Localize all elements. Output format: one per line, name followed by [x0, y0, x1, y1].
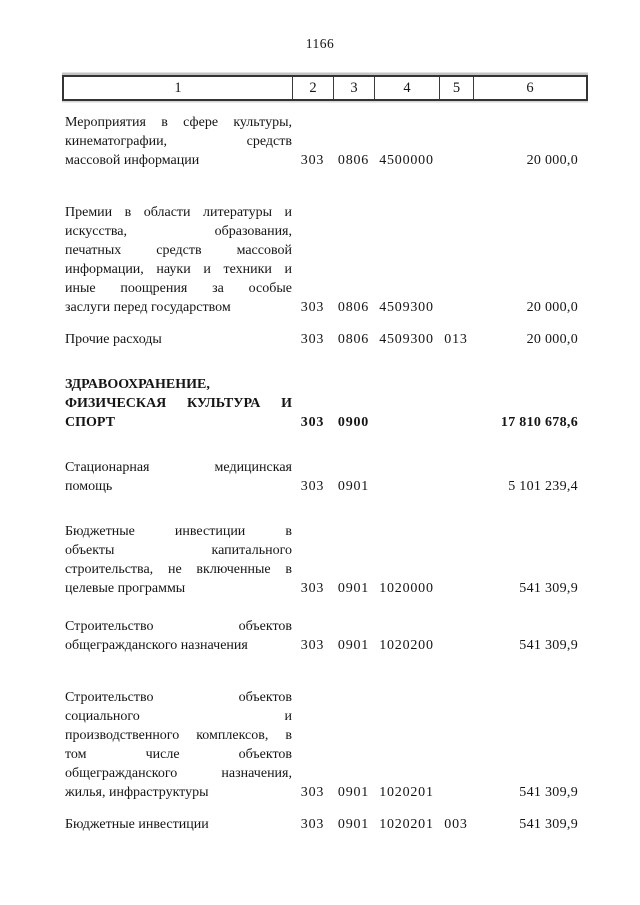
description-line: заслуги перед государством — [65, 298, 292, 317]
amount-cell: 541 309,9 — [473, 783, 588, 802]
description-cell: Премии в области литературы иискусства, … — [62, 203, 292, 317]
description-line: искусства, образования, — [65, 222, 292, 241]
description-line: Стационарная медицинская — [65, 458, 292, 477]
col4-code-cell: 1020201 — [374, 815, 439, 834]
col3-code-cell: 0806 — [333, 298, 374, 317]
col2-code-cell: 303 — [292, 783, 333, 802]
description-line: иные поощрения за особые — [65, 279, 292, 298]
description-line: Строительство объектов — [65, 688, 292, 707]
description-line: Мероприятия в сфере культуры, — [65, 113, 292, 132]
amount-cell: 541 309,9 — [473, 636, 588, 655]
column-header-4: 4 — [374, 77, 439, 99]
column-header-3: 3 — [333, 77, 374, 99]
description-line: помощь — [65, 477, 292, 496]
amount-cell: 17 810 678,6 — [473, 413, 588, 432]
description-line: Прочие расходы — [65, 330, 292, 349]
col3-code-cell: 0901 — [333, 783, 374, 802]
amount-cell: 20 000,0 — [473, 151, 588, 170]
description-cell: Бюджетные инвестиции вобъекты капитально… — [62, 522, 292, 598]
budget-row: Прочие расходы3030806450930001320 000,0 — [62, 330, 588, 349]
col3-code-cell: 0901 — [333, 579, 374, 598]
table-column-header-row: 1 2 3 4 5 6 — [62, 75, 588, 101]
amount-cell: 20 000,0 — [473, 330, 588, 349]
col2-code-cell: 303 — [292, 151, 333, 170]
amount-cell: 541 309,9 — [473, 815, 588, 834]
description-line: Бюджетные инвестиции в — [65, 522, 292, 541]
description-cell: ЗДРАВООХРАНЕНИЕ,ФИЗИЧЕСКАЯ КУЛЬТУРА ИСПО… — [62, 375, 292, 432]
description-cell: Прочие расходы — [62, 330, 292, 349]
description-line: производственного комплексов, в — [65, 726, 292, 745]
description-line: массовой информации — [65, 151, 292, 170]
description-cell: Бюджетные инвестиции — [62, 815, 292, 834]
description-line: кинематографии, средств — [65, 132, 292, 151]
col5-code-cell: 003 — [439, 815, 473, 834]
amount-cell: 5 101 239,4 — [473, 477, 588, 496]
col3-code-cell: 0901 — [333, 815, 374, 834]
budget-row: Строительство объектовсоциального ипроиз… — [62, 688, 588, 802]
description-line: печатных средств массовой — [65, 241, 292, 260]
col2-code-cell: 303 — [292, 330, 333, 349]
col2-code-cell: 303 — [292, 298, 333, 317]
col3-code-cell: 0901 — [333, 636, 374, 655]
description-line: ЗДРАВООХРАНЕНИЕ, — [65, 375, 292, 394]
col3-code-cell: 0806 — [333, 151, 374, 170]
description-line: социального и — [65, 707, 292, 726]
budget-row: Бюджетные инвестиции30309011020201003541… — [62, 815, 588, 834]
description-cell: Стационарная медицинскаяпомощь — [62, 458, 292, 496]
description-line: жилья, инфраструктуры — [65, 783, 292, 802]
col2-code-cell: 303 — [292, 413, 333, 432]
description-line: Строительство объектов — [65, 617, 292, 636]
budget-row: Стационарная медицинскаяпомощь30309015 1… — [62, 458, 588, 496]
column-header-1: 1 — [64, 77, 292, 99]
column-header-2: 2 — [292, 77, 333, 99]
amount-cell: 541 309,9 — [473, 579, 588, 598]
column-header-5: 5 — [439, 77, 473, 99]
col3-code-cell: 0900 — [333, 413, 374, 432]
budget-table-body: Мероприятия в сфере культуры,кинематогра… — [62, 101, 588, 834]
description-line: том числе объектов — [65, 745, 292, 764]
column-header-6: 6 — [473, 77, 586, 99]
amount-cell: 20 000,0 — [473, 298, 588, 317]
col3-code-cell: 0806 — [333, 330, 374, 349]
description-line: строительства, не включенные в — [65, 560, 292, 579]
page-number: 1166 — [0, 36, 640, 52]
col4-code-cell: 1020201 — [374, 783, 439, 802]
description-cell: Мероприятия в сфере культуры,кинематогра… — [62, 113, 292, 170]
description-line: информации, науки и техники и — [65, 260, 292, 279]
col2-code-cell: 303 — [292, 636, 333, 655]
col4-code-cell: 1020000 — [374, 579, 439, 598]
col2-code-cell: 303 — [292, 477, 333, 496]
budget-row: Строительство объектовобщегражданского н… — [62, 617, 588, 655]
col4-code-cell: 1020200 — [374, 636, 439, 655]
budget-row: Премии в области литературы иискусства, … — [62, 203, 588, 317]
budget-row: ЗДРАВООХРАНЕНИЕ,ФИЗИЧЕСКАЯ КУЛЬТУРА ИСПО… — [62, 375, 588, 432]
scanned-budget-document-page: { "page": { "number": "1166" }, "table":… — [0, 0, 640, 905]
col4-code-cell: 4509300 — [374, 298, 439, 317]
description-cell: Строительство объектовобщегражданского н… — [62, 617, 292, 655]
description-line: Премии в области литературы и — [65, 203, 292, 222]
col5-code-cell: 013 — [439, 330, 473, 349]
description-line: целевые программы — [65, 579, 292, 598]
description-line: общегражданского назначения, — [65, 764, 292, 783]
description-line: СПОРТ — [65, 413, 292, 432]
col3-code-cell: 0901 — [333, 477, 374, 496]
description-cell: Строительство объектовсоциального ипроиз… — [62, 688, 292, 802]
budget-row: Мероприятия в сфере культуры,кинематогра… — [62, 113, 588, 170]
col4-code-cell: 4500000 — [374, 151, 439, 170]
description-line: ФИЗИЧЕСКАЯ КУЛЬТУРА И — [65, 394, 292, 413]
description-line: общегражданского назначения — [65, 636, 292, 655]
budget-row: Бюджетные инвестиции вобъекты капитально… — [62, 522, 588, 598]
col2-code-cell: 303 — [292, 815, 333, 834]
description-line: объекты капитального — [65, 541, 292, 560]
col2-code-cell: 303 — [292, 579, 333, 598]
description-line: Бюджетные инвестиции — [65, 815, 292, 834]
col4-code-cell: 4509300 — [374, 330, 439, 349]
